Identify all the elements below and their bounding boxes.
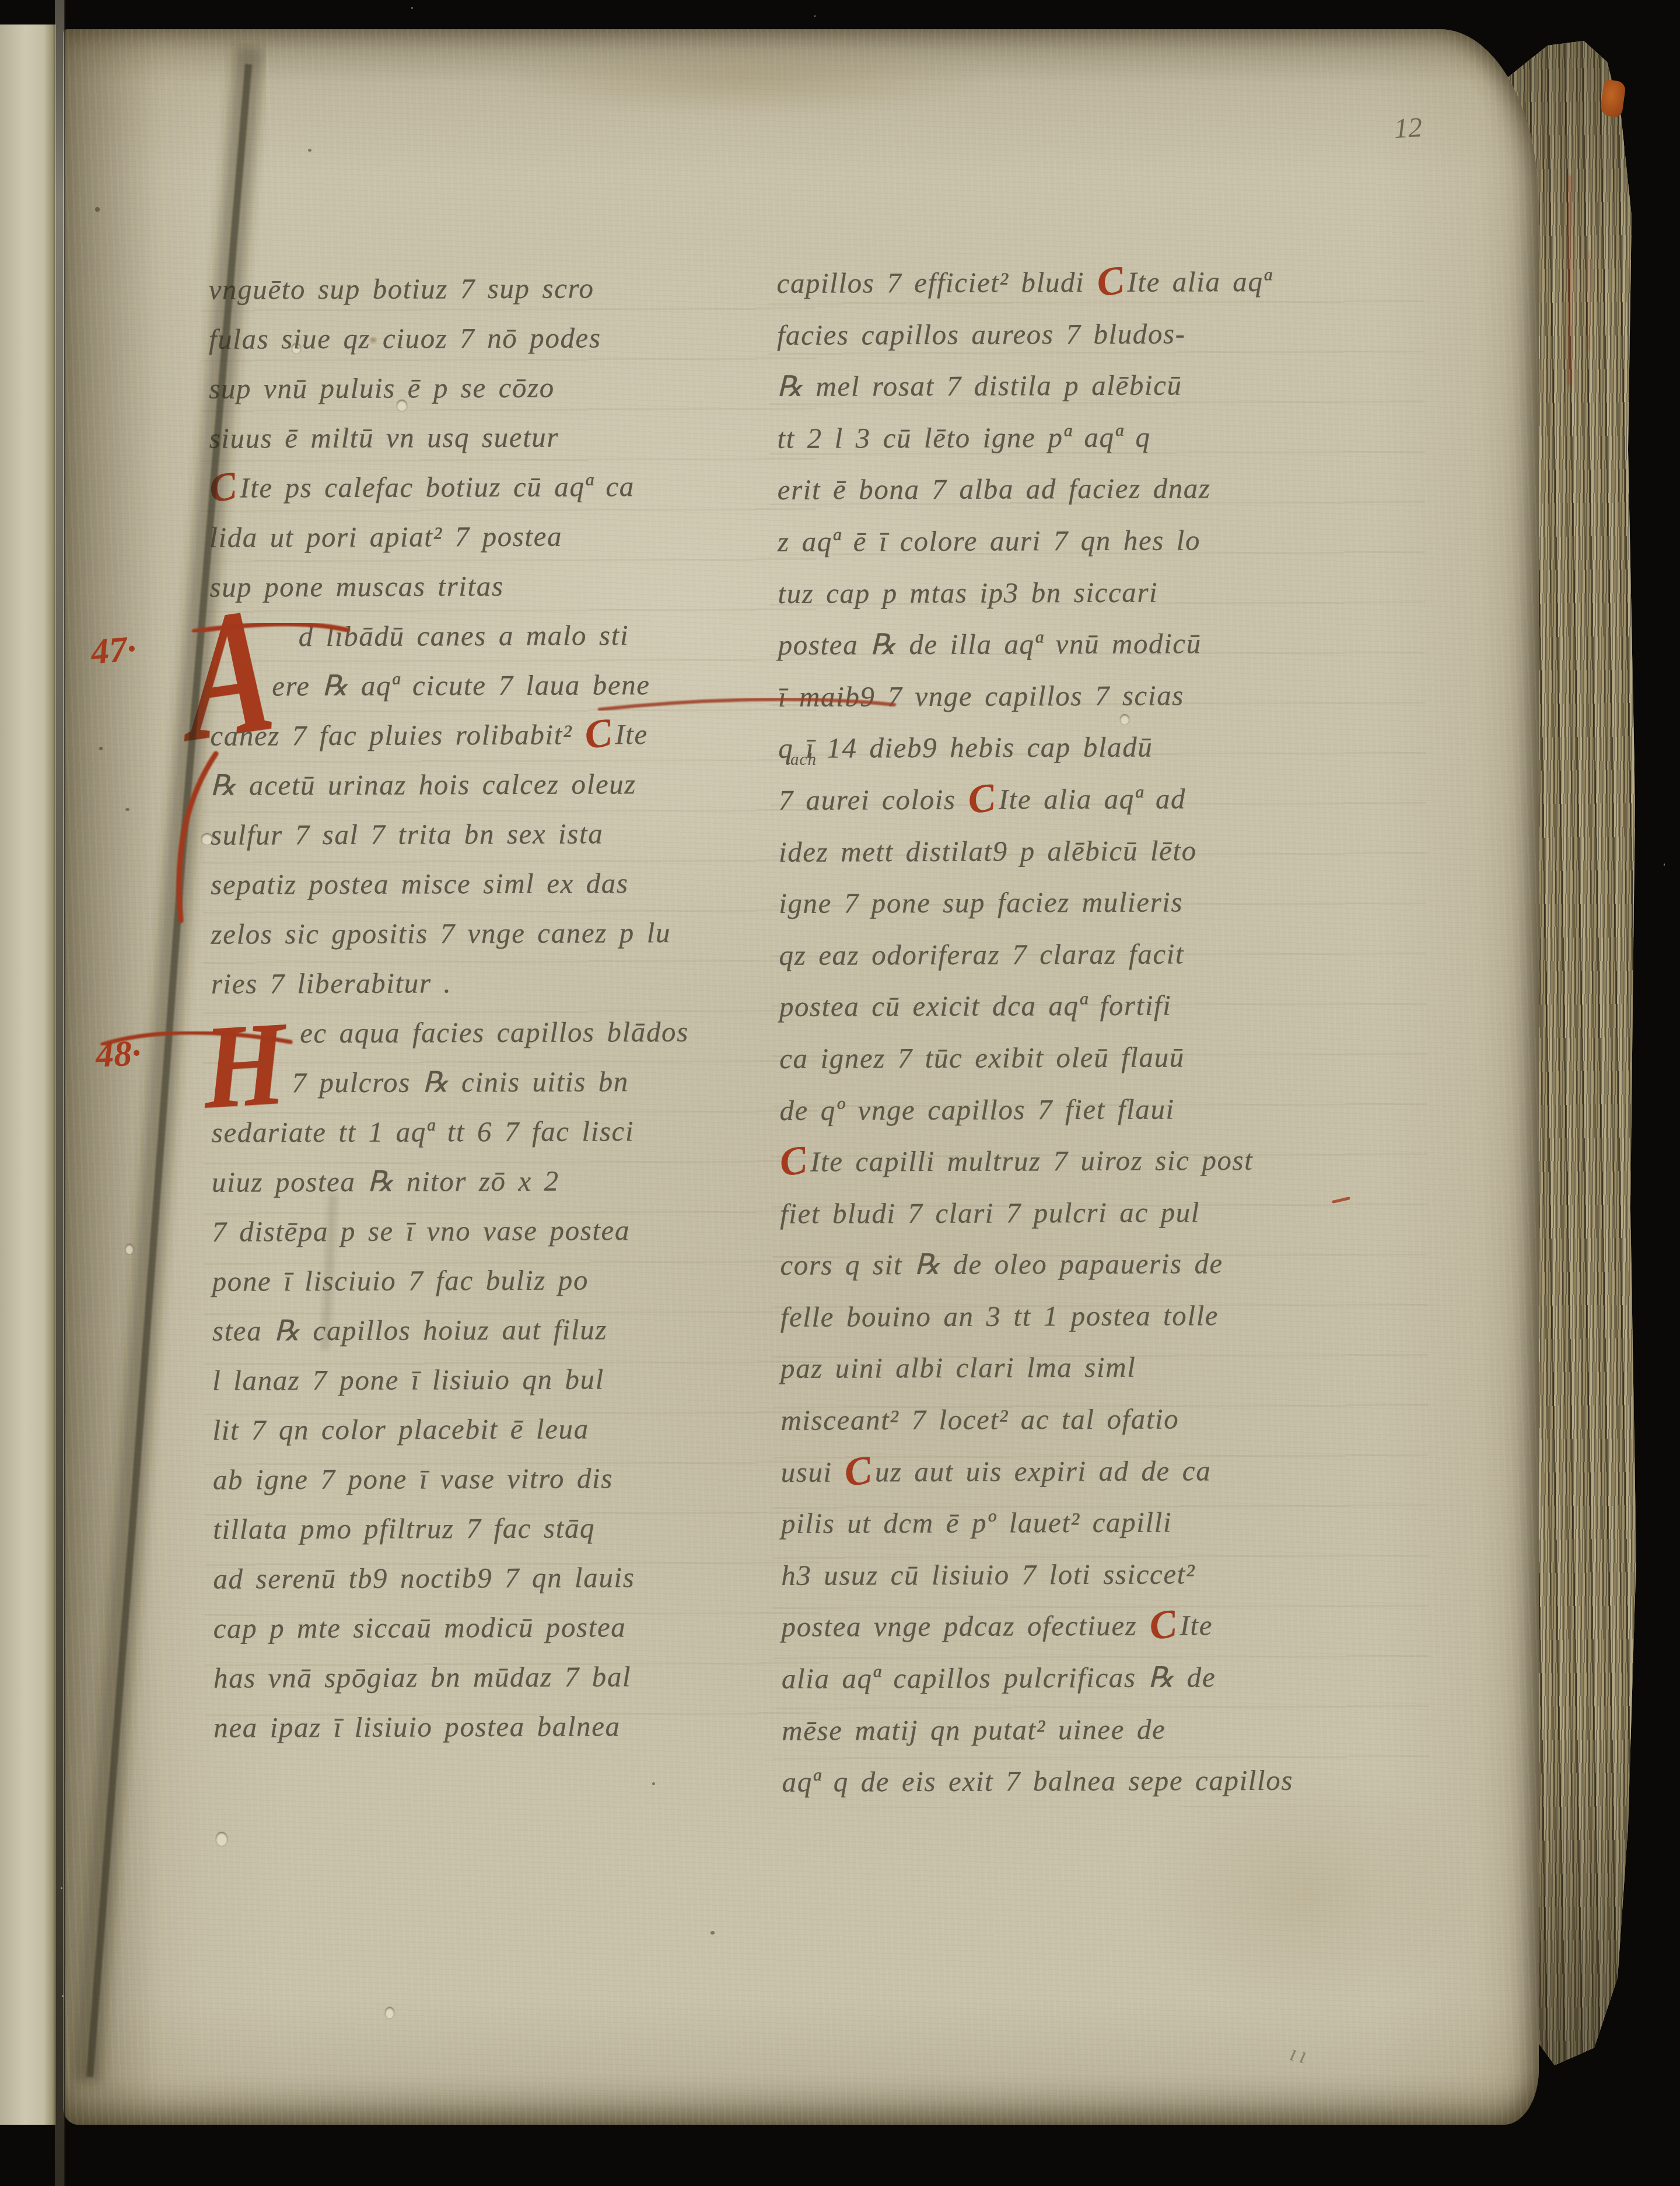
text-run: sup vnū puluis ē p se cōzo [209, 372, 555, 405]
text-run: h3 usuz cū lisiuio 7 loti ssiccet² [781, 1558, 1195, 1591]
dust-speck [814, 15, 815, 17]
text-run: erit ē bona 7 alba ad faciez dnaz [778, 473, 1211, 506]
manuscript-line: ad serenū tb9 noctib9 7 qn lauis [213, 1552, 802, 1604]
text-run: Ite alia aqª ad [999, 782, 1186, 815]
text-run: sulfur 7 sal 7 trita bn sex ista [211, 817, 603, 851]
text-run: ab igne 7 pone ī vase vitro dis [213, 1462, 613, 1495]
rubric-paragraph-mark: C [845, 1469, 872, 1473]
text-run: 7 aurei colois [779, 784, 968, 816]
dust-speck [62, 1995, 64, 1997]
dust-speck [61, 1887, 62, 1889]
text-run: tt 2 l 3 cū lēto igne pª aqª q [777, 421, 1150, 454]
text-run: idez mett distilat9 p alēbicū lēto [779, 834, 1197, 868]
manuscript-line: idez mett distilat9 p alēbicū lēto [779, 824, 1409, 878]
text-run: sedariate tt 1 aqª tt 6 7 fac lisci [212, 1115, 635, 1149]
manuscript-line: postea ℞ de illa aqª vnū modicū [778, 617, 1408, 671]
text-run: ad serenū tb9 noctib9 7 qn lauis [213, 1561, 635, 1595]
text-run: ℞ acetū urinaz hois calcez oleuz [211, 768, 636, 802]
glass-plate-edge [55, 0, 65, 2186]
manuscript-line: 7 distēpa p se ī vno vase postea [212, 1205, 801, 1257]
interlinear-note: tach [785, 750, 817, 770]
text-run: Ite capilli multruz 7 uiroz sic post [810, 1144, 1253, 1178]
manuscript-line: 7 aurei colois CIte alia aqª ad [778, 772, 1408, 826]
fore-edge-orange-spot [1599, 79, 1626, 118]
text-run: ca ignez 7 tūc exibit oleū flauū [779, 1041, 1185, 1074]
text-run: alia aqª capillos pulcrificas ℞ de [782, 1661, 1216, 1695]
manuscript-line: canez 7 fac pluies rolibabit² CIte [210, 709, 799, 761]
ink-speck [99, 747, 103, 750]
text-run: uiuz postea ℞ nitor zō x 2 [212, 1165, 559, 1198]
text-run: ℞ mel rosat 7 distila p alēbicū [777, 369, 1182, 403]
stain [506, 46, 985, 116]
manuscript-line: nea ipaz ī lisiuio postea balnea [213, 1701, 803, 1753]
manuscript-line: cap p mte siccaū modicū postea [213, 1601, 803, 1653]
ink-speck [95, 207, 100, 212]
text-run: has vnā spōgiaz bn mūdaz 7 bal [213, 1660, 631, 1694]
text-run: vnguēto sup botiuz 7 sup scro [209, 272, 594, 305]
text-run: aqª q de eis exit 7 balnea sepe capillos [782, 1764, 1293, 1798]
text-run: q ī 14 dieb9 hebis cap bladū [778, 731, 1153, 764]
ink-speck [652, 1782, 655, 1785]
manuscript-line: CIte capilli multruz 7 uiroz sic post [780, 1134, 1410, 1188]
manuscript-line: ī maib9 7 vnge capillos 7 scias [778, 669, 1408, 723]
manuscript-line: d libādū canes a malo sti [210, 610, 799, 662]
text-run: pone ī lisciuio 7 fac buliz po [212, 1264, 589, 1297]
manuscript-line: lida ut pori apiat² 7 postea [209, 510, 799, 562]
manuscript-line: has vnā spōgiaz bn mūdaz 7 bal [213, 1651, 803, 1703]
margin-chapter-number-48: 48· [94, 1033, 142, 1076]
manuscript-line: qz eaz odoriferaz 7 claraz facit [779, 928, 1409, 981]
text-run: capillos 7 efficiet² bludi [776, 266, 1097, 299]
text-run: ries 7 liberabitur . [211, 967, 452, 999]
manuscript-line: postea vnge pdcaz ofectiuez CIte [781, 1600, 1411, 1653]
manuscript-line: l lanaz 7 pone ī lisiuio qn bul [212, 1353, 801, 1405]
text-run: igne 7 pone sup faciez mulieris [779, 886, 1183, 919]
manuscript-line: stea ℞ capillos hoiuz aut filuz [212, 1304, 801, 1356]
text-run: ere ℞ aqª cicute 7 laua bene [272, 669, 650, 702]
text-run: de qº vnge capillos 7 fiet flaui [779, 1093, 1174, 1126]
text-run: sepatiz postea misce siml ex das [211, 867, 629, 901]
text-run: Ite [1180, 1610, 1213, 1642]
manuscript-line: facies capillos aureos 7 bludos- [777, 307, 1407, 361]
text-run: l lanaz 7 pone ī lisiuio qn bul [212, 1363, 604, 1396]
text-run: tuz cap p mtas ip3 bn siccari [778, 576, 1158, 609]
manuscript-line: q ī 14 dieb9 hebis cap bladū [778, 720, 1408, 774]
manuscript-line: mēse matij qn putat² uinee de [782, 1703, 1412, 1757]
manuscript-line: h3 usuz cū lisiuio 7 loti ssiccet² [781, 1548, 1411, 1601]
dust-speck [1664, 863, 1665, 866]
facing-page-edge [0, 25, 56, 2125]
ink-speck [710, 1931, 715, 1935]
manuscript-line: misceant² 7 locet² ac tal ofatio [780, 1393, 1410, 1446]
text-run: postea vnge pdcaz ofectiuez [781, 1610, 1149, 1643]
text-run: usui [781, 1456, 845, 1488]
fore-edge-red-streak [1568, 175, 1571, 385]
manuscript-line: erit ē bona 7 alba ad faciez dnaz [778, 462, 1408, 516]
manuscript-line: zelos sic gpositis 7 vnge canez p lu [211, 907, 800, 959]
manuscript-line: lit 7 qn color placebit ē leua [212, 1403, 801, 1455]
text-run: qz eaz odoriferaz 7 claraz facit [779, 938, 1184, 971]
manuscript-line: ec aqua facies capillos blādos [211, 1006, 800, 1058]
text-run: siuus ē miltū vn usq suetur [209, 421, 559, 454]
text-run: pilis ut dcm ē pº lauet² capilli [781, 1506, 1172, 1540]
manuscript-line: tt 2 l 3 cū lēto igne pª aqª q [777, 411, 1407, 464]
dust-speck [411, 7, 413, 9]
text-run: Ite ps calefac botiuz cū aqª ca [240, 470, 635, 503]
manuscript-line: felle bouino an 3 tt 1 postea tolle [780, 1289, 1410, 1343]
text-run: sup pone muscas tritas [209, 570, 503, 603]
manuscript-line: aqª q de eis exit 7 balnea sepe capillos [782, 1754, 1412, 1808]
rubric-paragraph-mark: C [780, 1159, 807, 1163]
manuscript-line: pilis ut dcm ē pº lauet² capilli [781, 1496, 1411, 1550]
rubric-paragraph-mark: C [209, 485, 237, 489]
text-run: stea ℞ capillos hoiuz aut filuz [212, 1313, 607, 1346]
manuscript-line: sup vnū puluis ē p se cōzo [209, 362, 798, 414]
paper-hole [216, 1832, 228, 1846]
manuscript-line: pone ī lisciuio 7 fac buliz po [212, 1254, 801, 1306]
text-run: ī maib9 7 vnge capillos 7 scias [778, 679, 1184, 712]
manuscript-line: sup pone muscas tritas [209, 560, 799, 612]
manuscript-line: capillos 7 efficiet² bludi CIte alia aqª [776, 256, 1406, 309]
text-run: uz aut uis expiri ad de ca [875, 1454, 1211, 1488]
text-run: paz uini albi clari lma siml [780, 1351, 1136, 1384]
text-run: Ite [615, 718, 648, 750]
rubric-paragraph-mark: C [968, 796, 996, 800]
manuscript-line: postea cū exicit dca aqª fortifi [779, 979, 1409, 1033]
manuscript-line: de qº vnge capillos 7 fiet flaui [779, 1083, 1409, 1136]
manuscript-line: usui Cuz aut uis expiri ad de ca [780, 1444, 1410, 1498]
text-run: lida ut pori apiat² 7 postea [209, 520, 562, 554]
text-run: d libādū canes a malo sti [299, 619, 629, 652]
manuscript-line: ℞ mel rosat 7 distila p alēbicū [777, 359, 1407, 412]
manuscript-line: CIte ps calefac botiuz cū aqª ca [209, 461, 799, 513]
manuscript-line: 7 pulcros ℞ cinis uitis bn [211, 1056, 800, 1108]
manuscript-line: paz uini albi clari lma siml [780, 1341, 1410, 1395]
text-run: cors q sit ℞ de oleo papaueris de [780, 1248, 1223, 1282]
paper-hole [385, 2007, 394, 2019]
manuscript-line: sepatiz postea misce siml ex das [211, 858, 800, 910]
ink-speck [308, 149, 311, 152]
manuscript-line: z aqª ē ī colore auri 7 qn hes lo [778, 514, 1408, 568]
manuscript-line: ries 7 liberabitur . [211, 957, 800, 1009]
manuscript-line: ℞ acetū urinaz hois calcez oleuz [211, 758, 800, 810]
page-number: 12 [1394, 111, 1423, 145]
text-run: ec aqua facies capillos blādos [300, 1016, 689, 1049]
manuscript-line: alia aqª capillos pulcrificas ℞ de [782, 1651, 1412, 1705]
paper-hole [125, 1244, 134, 1254]
margin-chapter-number-47: 47· [89, 628, 138, 673]
manuscript-line: ca ignez 7 tūc exibit oleū flauū [779, 1031, 1409, 1085]
text-run: zelos sic gpositis 7 vnge canez p lu [211, 917, 671, 950]
text-column-left: vnguēto sup botiuz 7 sup scrofulas siue … [209, 263, 803, 1753]
rubric-paragraph-mark: C [1149, 1623, 1177, 1627]
text-run: tillata pmo pfiltruz 7 fac stāq [213, 1512, 595, 1545]
text-run: postea ℞ de illa aqª vnū modicū [778, 628, 1202, 662]
text-column-right: capillos 7 efficiet² bludi CIte alia aqª… [776, 256, 1412, 1809]
text-run: Ite alia aqª [1127, 265, 1272, 298]
manuscript-line: igne 7 pone sup faciez mulieris [779, 876, 1409, 929]
fore-edge-red-streak [1588, 251, 1590, 350]
text-run: fulas siue qz ciuoz 7 nō podes [209, 321, 601, 355]
text-run: nea ipaz ī lisiuio postea balnea [213, 1710, 621, 1743]
text-run: 7 distēpa p se ī vno vase postea [212, 1214, 630, 1248]
manuscript-line: cors q sit ℞ de oleo papaueris de [780, 1237, 1410, 1291]
text-run: mēse matij qn putat² uinee de [782, 1713, 1165, 1746]
ink-speck [125, 808, 129, 811]
text-run: misceant² 7 locet² ac tal ofatio [780, 1403, 1179, 1436]
text-run: lit 7 qn color placebit ē leua [212, 1413, 589, 1446]
rubric-paragraph-mark: C [1097, 279, 1124, 284]
manuscript-line: ere ℞ aqª cicute 7 laua bene [210, 659, 799, 711]
manuscript-line: tillata pmo pfiltruz 7 fac stāq [213, 1502, 802, 1554]
manuscript-line: tuz cap p mtas ip3 bn siccari [778, 566, 1408, 620]
corner-ink-mark: ıı [1287, 2039, 1314, 2070]
manuscript-page: 12 47· 48· A H vnguēto sup botiuz 7 sup … [63, 29, 1539, 2125]
text-run: postea cū exicit dca aqª fortifi [779, 989, 1172, 1023]
manuscript-line: uiuz postea ℞ nitor zō x 2 [212, 1155, 801, 1207]
text-run: felle bouino an 3 tt 1 postea tolle [780, 1299, 1219, 1333]
manuscript-line: vnguēto sup botiuz 7 sup scro [209, 263, 798, 314]
text-run: facies capillos aureos 7 bludos- [777, 317, 1186, 351]
text-run: cap p mte siccaū modicū postea [213, 1611, 626, 1644]
manuscript-line: ab igne 7 pone ī vase vitro dis [213, 1453, 802, 1505]
rubric-paragraph-mark: C [584, 732, 612, 736]
manuscript-line: fulas siue qz ciuoz 7 nō podes [209, 312, 798, 364]
text-run: z aqª ē ī colore auri 7 qn hes lo [778, 524, 1200, 558]
manuscript-line: sedariate tt 1 aqª tt 6 7 fac lisci [212, 1106, 801, 1157]
text-run: fiet bludi 7 clari 7 pulcri ac pul [780, 1196, 1200, 1230]
manuscript-line: fiet bludi 7 clari 7 pulcri ac pul [780, 1186, 1410, 1240]
text-run: 7 pulcros ℞ cinis uitis bn [292, 1065, 629, 1099]
text-run: canez 7 fac pluies rolibabit² [210, 719, 584, 752]
manuscript-line: siuus ē miltū vn usq suetur [209, 411, 798, 463]
manuscript-line: sulfur 7 sal 7 trita bn sex ista [211, 808, 800, 860]
